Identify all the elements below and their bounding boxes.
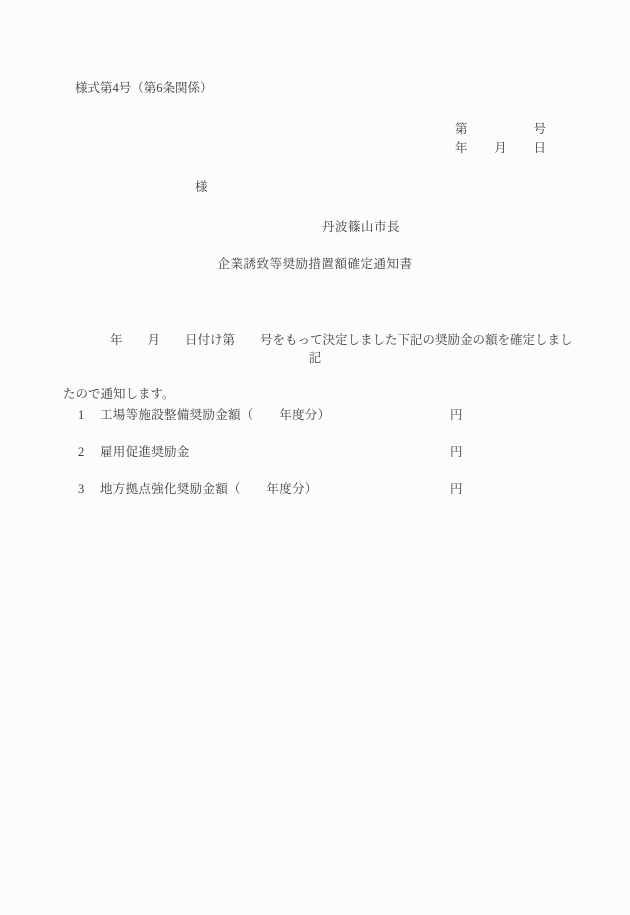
item-number: 1 — [78, 407, 84, 423]
notice-document-page: 様式第4号（第6条関係） 第 号 年 月 日 様 丹波篠山市長 企業誘致等奨励措… — [0, 0, 630, 915]
item-currency-unit: 円 — [450, 407, 463, 423]
recipient-honorific: 様 — [195, 179, 208, 195]
document-title: 企業誘致等奨励措置額確定通知書 — [0, 256, 630, 272]
issue-number-suffix: 号 — [533, 121, 546, 137]
item-number: 2 — [78, 444, 84, 460]
incentive-item-row: 3 地方拠点強化奨励金額（ 年度分） 円 — [0, 481, 630, 497]
item-label: 工場等施設整備奨励金額（ 年度分） — [100, 407, 330, 423]
item-currency-unit: 円 — [450, 481, 463, 497]
form-number: 様式第4号（第6条関係） — [75, 80, 213, 96]
issue-date-month: 月 — [494, 140, 507, 156]
item-label: 地方拠点強化奨励金額（ 年度分） — [100, 481, 318, 497]
item-currency-unit: 円 — [450, 444, 463, 460]
body-line-1: 年 月 日付け第 号をもって決定しました下記の奨励金の額を確定しまし — [63, 331, 563, 349]
issue-number-prefix: 第 — [455, 121, 468, 137]
issue-date-year: 年 — [455, 140, 468, 156]
item-number: 3 — [78, 481, 84, 497]
issue-number-line: 第 号 — [455, 121, 546, 137]
issue-date-day: 日 — [533, 140, 546, 156]
incentive-item-row: 2 雇用促進奨励金 円 — [0, 444, 630, 460]
sender-name: 丹波篠山市長 — [322, 219, 400, 235]
record-marker: 記 — [0, 350, 630, 366]
item-label: 雇用促進奨励金 — [100, 444, 190, 460]
issue-date-line: 年 月 日 — [455, 140, 546, 156]
body-line-2: たので通知します。 — [63, 385, 563, 403]
incentive-item-row: 1 工場等施設整備奨励金額（ 年度分） 円 — [0, 407, 630, 423]
